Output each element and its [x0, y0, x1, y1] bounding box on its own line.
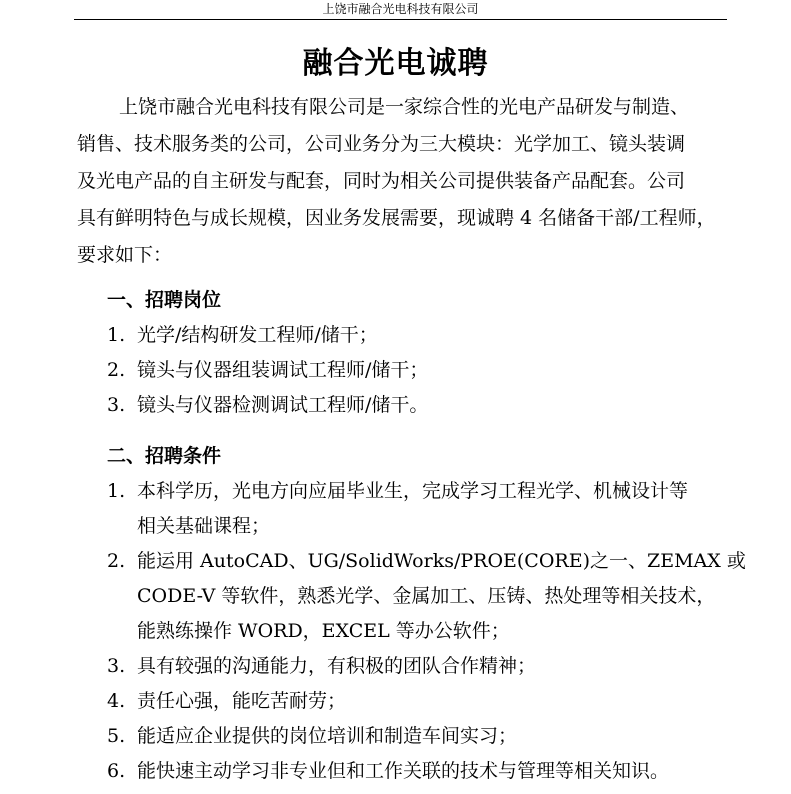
list-item-number: 1.: [107, 318, 125, 353]
list-item-line: CODE-V 等软件，熟悉光学、金属加工、压铸、热处理等相关技术，: [137, 579, 732, 614]
section-heading-conditions: 二、招聘条件: [107, 441, 221, 471]
list-item-text: 镜头与仪器组装调试工程师/储干；: [137, 353, 732, 388]
list-item-number: 2.: [107, 544, 125, 579]
list-item: 6. 能快速主动学习非专业但和工作关联的技术与管理等相关知识。: [107, 754, 732, 789]
intro-line: 及光电产品的自主研发与配套，同时为相关公司提供装备产品配套。公司: [35, 163, 727, 200]
conditions-list: 1. 本科学历，光电方向应届毕业生，完成学习工程光学、机械设计等 相关基础课程；…: [107, 474, 732, 789]
intro-line: 销售、技术服务类的公司，公司业务分为三大模块：光学加工、镜头装调: [35, 126, 727, 163]
list-item-line: 相关基础课程；: [137, 509, 732, 544]
intro-paragraph: 上饶市融合光电科技有限公司是一家综合性的光电产品研发与制造、 销售、技术服务类的…: [77, 89, 727, 274]
header-company-name: 上饶市融合光电科技有限公司: [322, 2, 478, 16]
list-item-line: 能运用 AutoCAD、UG/SolidWorks/PROE(CORE)之一、Z…: [137, 544, 732, 579]
list-item-number: 6.: [107, 754, 125, 789]
list-item: 3. 具有较强的沟通能力，有积极的团队合作精神；: [107, 649, 732, 684]
intro-line: 要求如下：: [35, 237, 727, 274]
list-item-number: 1.: [107, 474, 125, 509]
list-item-number: 5.: [107, 719, 125, 754]
list-item: 1. 本科学历，光电方向应届毕业生，完成学习工程光学、机械设计等 相关基础课程；: [107, 474, 732, 544]
list-item-line: 能熟练操作 WORD，EXCEL 等办公软件；: [137, 614, 732, 649]
list-item-line: 本科学历，光电方向应届毕业生，完成学习工程光学、机械设计等: [137, 474, 732, 509]
list-item-number: 3.: [107, 388, 125, 423]
list-item-line: 能快速主动学习非专业但和工作关联的技术与管理等相关知识。: [137, 754, 732, 789]
list-item-text: 光学/结构研发工程师/储干；: [137, 318, 732, 353]
list-item-number: 3.: [107, 649, 125, 684]
list-item-line: 能适应企业提供的岗位培训和制造车间实习；: [137, 719, 732, 754]
list-item: 5. 能适应企业提供的岗位培训和制造车间实习；: [107, 719, 732, 754]
list-item-line: 责任心强，能吃苦耐劳；: [137, 684, 732, 719]
list-item: 2. 镜头与仪器组装调试工程师/储干；: [107, 353, 732, 388]
list-item: 2. 能运用 AutoCAD、UG/SolidWorks/PROE(CORE)之…: [107, 544, 732, 649]
document-title: 融合光电诚聘: [0, 44, 791, 84]
list-item: 4. 责任心强，能吃苦耐劳；: [107, 684, 732, 719]
list-item: 3. 镜头与仪器检测调试工程师/储干。: [107, 388, 732, 423]
list-item-number: 2.: [107, 353, 125, 388]
page-header: 上饶市融合光电科技有限公司: [74, 0, 727, 20]
list-item-number: 4.: [107, 684, 125, 719]
intro-line: 具有鲜明特色与成长规模，因业务发展需要，现诚聘 4 名储备干部/工程师，: [35, 200, 727, 237]
list-item: 1. 光学/结构研发工程师/储干；: [107, 318, 732, 353]
section-heading-positions: 一、招聘岗位: [107, 285, 221, 315]
positions-list: 1. 光学/结构研发工程师/储干； 2. 镜头与仪器组装调试工程师/储干； 3.…: [107, 318, 732, 423]
intro-line: 上饶市融合光电科技有限公司是一家综合性的光电产品研发与制造、: [77, 89, 727, 126]
list-item-text: 镜头与仪器检测调试工程师/储干。: [137, 388, 732, 423]
list-item-line: 具有较强的沟通能力，有积极的团队合作精神；: [137, 649, 732, 684]
